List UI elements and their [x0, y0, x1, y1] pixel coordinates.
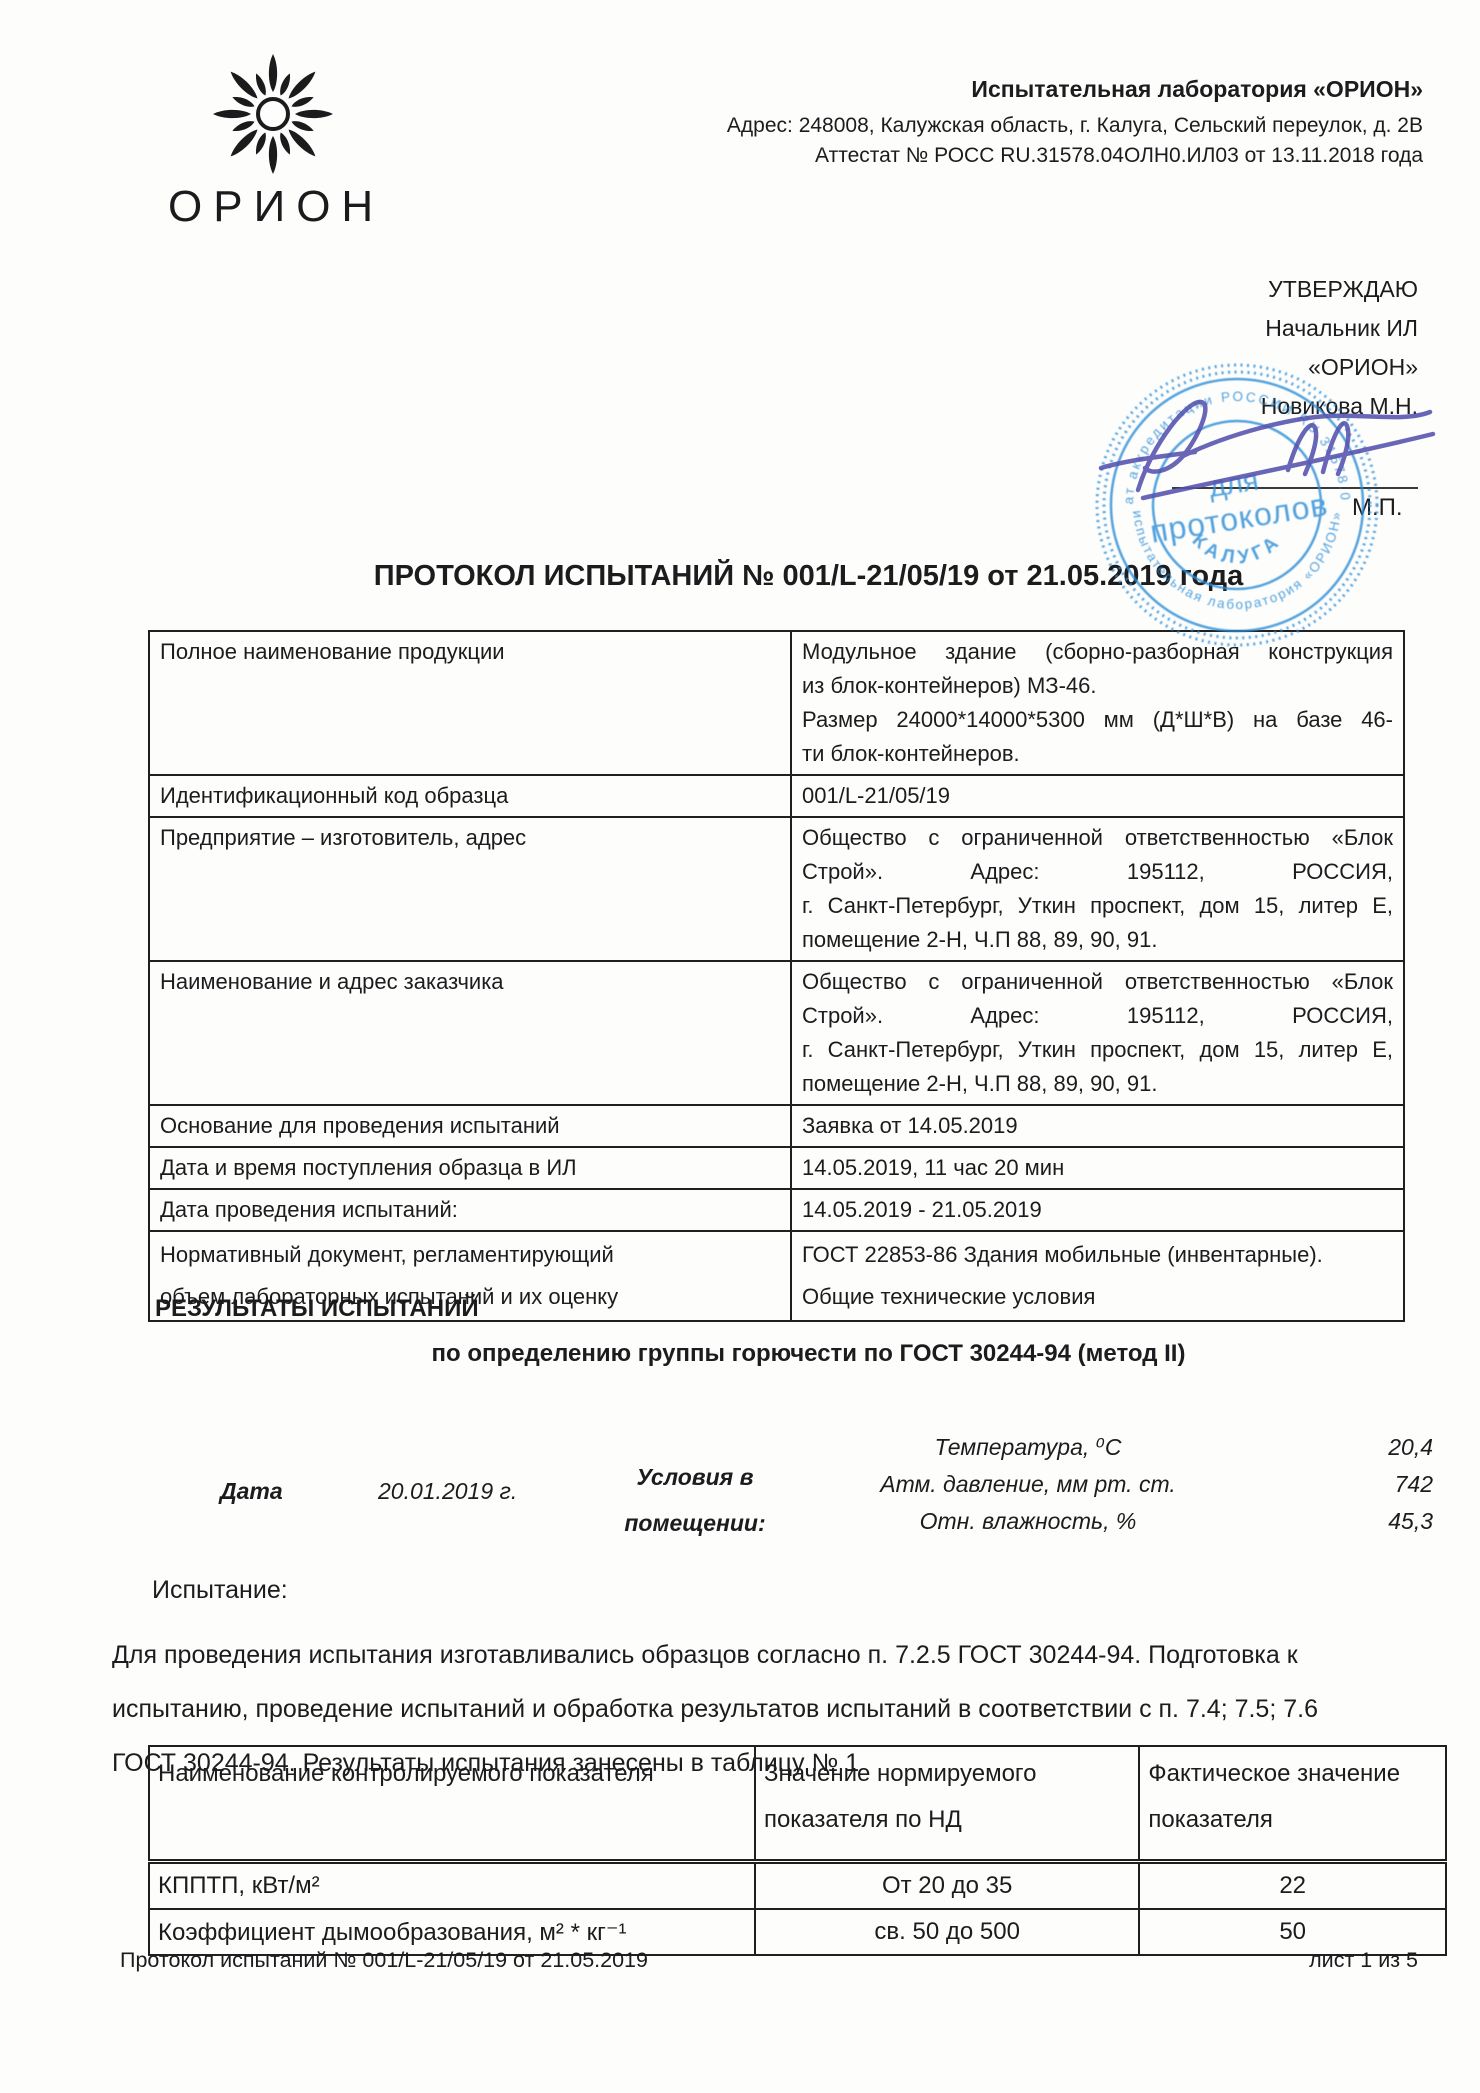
row-label: Основание для проведения испытаний	[149, 1105, 791, 1147]
value-line: Общие технические условия	[802, 1276, 1393, 1318]
lab-title: Испытательная лаборатория «ОРИОН»	[727, 76, 1423, 103]
condition-name: Температура, ⁰С	[748, 1434, 1308, 1461]
date-value: 20.01.2019 г.	[378, 1478, 517, 1505]
header-cell: Фактическое значение показателя	[1139, 1746, 1446, 1862]
orion-logo-text: ОРИОН	[168, 182, 378, 232]
value-line: ти блок-контейнеров.	[802, 737, 1393, 771]
label-line: Нормативный документ, регламентирующий	[160, 1234, 780, 1276]
date-label: Дата	[220, 1478, 283, 1505]
value-line: из блок-контейнеров) МЗ-46.	[802, 669, 1393, 703]
value-line: помещение 2-Н, Ч.П 88, 89, 90, 91.	[802, 923, 1393, 957]
table-row: Дата проведения испытаний: 14.05.2019 - …	[149, 1189, 1404, 1231]
condition-value: 45,3	[1328, 1508, 1433, 1535]
protocol-page: ОРИОН Испытательная лаборатория «ОРИОН» …	[0, 0, 1480, 2093]
test-conditions: Дата 20.01.2019 г. Условия в помещении: …	[148, 1432, 1440, 1557]
results-table-header: Наименование контролируемого показателя …	[149, 1746, 1446, 1862]
indicator-name: КППТП, кВт/м²	[149, 1862, 755, 1910]
row-value: Общество с ограниченной ответственностью…	[791, 817, 1404, 961]
signature	[1083, 372, 1443, 512]
indicator-norm: св. 50 до 500	[755, 1909, 1139, 1955]
results-heading: РЕЗУЛЬТАТЫ ИСПЫТАНИЙ	[155, 1295, 479, 1323]
row-label: Идентификационный код образца	[149, 775, 791, 817]
lab-address: Адрес: 248008, Калужская область, г. Кал…	[727, 111, 1423, 141]
table-row: Основание для проведения испытаний Заявк…	[149, 1105, 1404, 1147]
row-value: Общество с ограниченной ответственностью…	[791, 961, 1404, 1105]
condition-name: Атм. давление, мм рт. ст.	[748, 1471, 1308, 1498]
indicator-norm: От 20 до 35	[755, 1862, 1139, 1910]
results-subheading: по определению группы горючести по ГОСТ …	[180, 1340, 1437, 1368]
orion-logo: ОРИОН	[168, 48, 378, 232]
results-table: Наименование контролируемого показателя …	[148, 1745, 1447, 1956]
condition-value: 20,4	[1328, 1434, 1433, 1461]
header-cell: Значение нормируемого показателя по НД	[755, 1746, 1139, 1862]
table-row: Идентификационный код образца 001/L-21/0…	[149, 775, 1404, 817]
row-value: Заявка от 14.05.2019	[791, 1105, 1404, 1147]
value-line: г. Санкт-Петербург, Уткин проспект, дом …	[802, 889, 1393, 923]
table-row: Дата и время поступления образца в ИЛ 14…	[149, 1147, 1404, 1189]
table-row: Наименование и адрес заказчика Общество …	[149, 961, 1404, 1105]
value-line: помещение 2-Н, Ч.П 88, 89, 90, 91.	[802, 1067, 1393, 1101]
footer-page-number: лист 1 из 5	[1309, 1948, 1418, 1973]
table-row: КППТП, кВт/м² От 20 до 35 22	[149, 1862, 1446, 1910]
approve-word: УТВЕРЖДАЮ	[1261, 270, 1418, 309]
row-value: 001/L-21/05/19	[791, 775, 1404, 817]
approver-position: Начальник ИЛ	[1261, 309, 1418, 348]
row-label: Дата и время поступления образца в ИЛ	[149, 1147, 791, 1189]
footer-protocol-ref: Протокол испытаний № 001/L-21/05/19 от 2…	[120, 1948, 648, 1973]
value-line: Размер 24000*14000*5300 мм (Д*Ш*В) на ба…	[802, 703, 1393, 737]
sample-info-table: Полное наименование продукции Модульное …	[148, 630, 1405, 1322]
lab-header: Испытательная лаборатория «ОРИОН» Адрес:…	[727, 76, 1423, 171]
row-label: Наименование и адрес заказчика	[149, 961, 791, 1105]
value-line: Строй». Адрес: 195112, РОССИЯ,	[802, 855, 1393, 889]
row-label: Предприятие – изготовитель, адрес	[149, 817, 791, 961]
table-row: Предприятие – изготовитель, адрес Общест…	[149, 817, 1404, 961]
value-line: ГОСТ 22853-86 Здания мобильные (инвентар…	[802, 1234, 1393, 1276]
value-line: г. Санкт-Петербург, Уткин проспект, дом …	[802, 1033, 1393, 1067]
row-value: 14.05.2019 - 21.05.2019	[791, 1189, 1404, 1231]
condition-value: 742	[1328, 1471, 1433, 1498]
lab-certificate: Аттестат № РОСС RU.31578.04ОЛН0.ИЛ03 от …	[727, 141, 1423, 171]
test-section-label: Испытание:	[152, 1576, 288, 1605]
header-cell: Наименование контролируемого показателя	[149, 1746, 755, 1862]
value-line: Строй». Адрес: 195112, РОССИЯ,	[802, 999, 1393, 1033]
condition-name: Отн. влажность, %	[748, 1508, 1308, 1535]
row-value: 14.05.2019, 11 час 20 мин	[791, 1147, 1404, 1189]
row-label: Дата проведения испытаний:	[149, 1189, 791, 1231]
row-value: ГОСТ 22853-86 Здания мобильные (инвентар…	[791, 1231, 1404, 1321]
row-label: Полное наименование продукции	[149, 631, 791, 775]
value-line: Общество с ограниченной ответственностью…	[802, 821, 1393, 855]
value-line: Общество с ограниченной ответственностью…	[802, 965, 1393, 999]
indicator-fact: 22	[1139, 1862, 1446, 1910]
orion-logo-sun-icon	[209, 48, 337, 180]
